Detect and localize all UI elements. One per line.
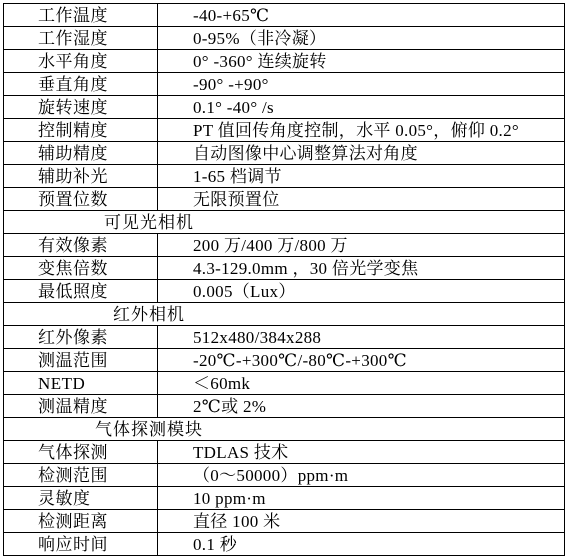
- spec-value: 1-65 档调节: [158, 165, 564, 187]
- spec-label: 检测范围: [4, 464, 158, 486]
- section-row-visible-light-camera: 可见光相机: [4, 211, 564, 234]
- section-title: 红外相机: [4, 306, 294, 323]
- spec-value: 0.1° -40° /s: [158, 96, 564, 118]
- spec-label: NETD: [4, 372, 158, 394]
- table-row: 测温精度 2℃或 2%: [4, 395, 564, 418]
- spec-value: 无限预置位: [158, 188, 564, 210]
- table-row: 工作温度 -40-+65℃: [4, 4, 564, 27]
- table-row: 灵敏度 10 ppm·m: [4, 487, 564, 510]
- table-row: 控制精度 PT 值回传角度控制，水平 0.05°，俯仰 0.2°: [4, 119, 564, 142]
- table-row: 有效像素 200 万/400 万/800 万: [4, 234, 564, 257]
- spec-label: 水平角度: [4, 50, 158, 72]
- spec-label: 测温范围: [4, 349, 158, 371]
- table-row: 垂直角度 -90° -+90°: [4, 73, 564, 96]
- spec-value: （0～50000）ppm·m: [158, 464, 564, 486]
- spec-value: -20℃-+300℃/-80℃-+300℃: [158, 349, 564, 371]
- spec-value: -40-+65℃: [158, 4, 564, 26]
- table-row: 最低照度 0.005（Lux）: [4, 280, 564, 303]
- spec-value: 200 万/400 万/800 万: [158, 234, 564, 256]
- table-row: 响应时间 0.1 秒: [4, 533, 564, 555]
- section-row-infrared-camera: 红外相机: [4, 303, 564, 326]
- spec-value: 直径 100 米: [158, 510, 564, 532]
- spec-value: ＜60mk: [158, 372, 564, 394]
- spec-label: 工作湿度: [4, 27, 158, 49]
- spec-label: 最低照度: [4, 280, 158, 302]
- spec-value: 0-95%（非冷凝）: [158, 27, 564, 49]
- table-row: 气体探测 TDLAS 技术: [4, 441, 564, 464]
- table-row: 红外像素 512x480/384x288: [4, 326, 564, 349]
- table-row: 水平角度 0° -360° 连续旋转: [4, 50, 564, 73]
- spec-label: 旋转速度: [4, 96, 158, 118]
- spec-value: TDLAS 技术: [158, 441, 564, 463]
- spec-label: 有效像素: [4, 234, 158, 256]
- section-title: 可见光相机: [4, 214, 294, 231]
- table-row: NETD ＜60mk: [4, 372, 564, 395]
- section-row-gas-detection-module: 气体探测模块: [4, 418, 564, 441]
- spec-value: 10 ppm·m: [158, 487, 564, 509]
- spec-label: 气体探测: [4, 441, 158, 463]
- page: 工作温度 -40-+65℃ 工作湿度 0-95%（非冷凝） 水平角度 0° -3…: [0, 0, 570, 558]
- spec-value: 4.3-129.0mm ，30 倍光学变焦: [158, 257, 564, 279]
- spec-value: 0° -360° 连续旋转: [158, 50, 564, 72]
- table-row: 测温范围 -20℃-+300℃/-80℃-+300℃: [4, 349, 564, 372]
- spec-label: 工作温度: [4, 4, 158, 26]
- spec-value: -90° -+90°: [158, 73, 564, 95]
- spec-label: 响应时间: [4, 533, 158, 555]
- table-row: 工作湿度 0-95%（非冷凝）: [4, 27, 564, 50]
- table-row: 预置位数 无限预置位: [4, 188, 564, 211]
- spec-label: 预置位数: [4, 188, 158, 210]
- table-row: 检测范围 （0～50000）ppm·m: [4, 464, 564, 487]
- spec-label: 辅助精度: [4, 142, 158, 164]
- section-title: 气体探测模块: [4, 421, 294, 438]
- table-row: 变焦倍数 4.3-129.0mm ，30 倍光学变焦: [4, 257, 564, 280]
- spec-table: 工作温度 -40-+65℃ 工作湿度 0-95%（非冷凝） 水平角度 0° -3…: [3, 3, 565, 556]
- spec-value: 0.1 秒: [158, 533, 564, 555]
- table-row: 检测距离 直径 100 米: [4, 510, 564, 533]
- table-row: 辅助精度 自动图像中心调整算法对角度: [4, 142, 564, 165]
- spec-value: 自动图像中心调整算法对角度: [158, 142, 564, 164]
- spec-label: 红外像素: [4, 326, 158, 348]
- spec-label: 控制精度: [4, 119, 158, 141]
- spec-value: 2℃或 2%: [158, 395, 564, 417]
- table-row: 旋转速度 0.1° -40° /s: [4, 96, 564, 119]
- spec-value: 0.005（Lux）: [158, 280, 564, 302]
- table-row: 辅助补光 1-65 档调节: [4, 165, 564, 188]
- spec-label: 检测距离: [4, 510, 158, 532]
- spec-label: 变焦倍数: [4, 257, 158, 279]
- spec-value: 512x480/384x288: [158, 326, 564, 348]
- spec-label: 垂直角度: [4, 73, 158, 95]
- spec-label: 辅助补光: [4, 165, 158, 187]
- spec-label: 灵敏度: [4, 487, 158, 509]
- spec-value: PT 值回传角度控制，水平 0.05°，俯仰 0.2°: [158, 119, 564, 141]
- spec-label: 测温精度: [4, 395, 158, 417]
